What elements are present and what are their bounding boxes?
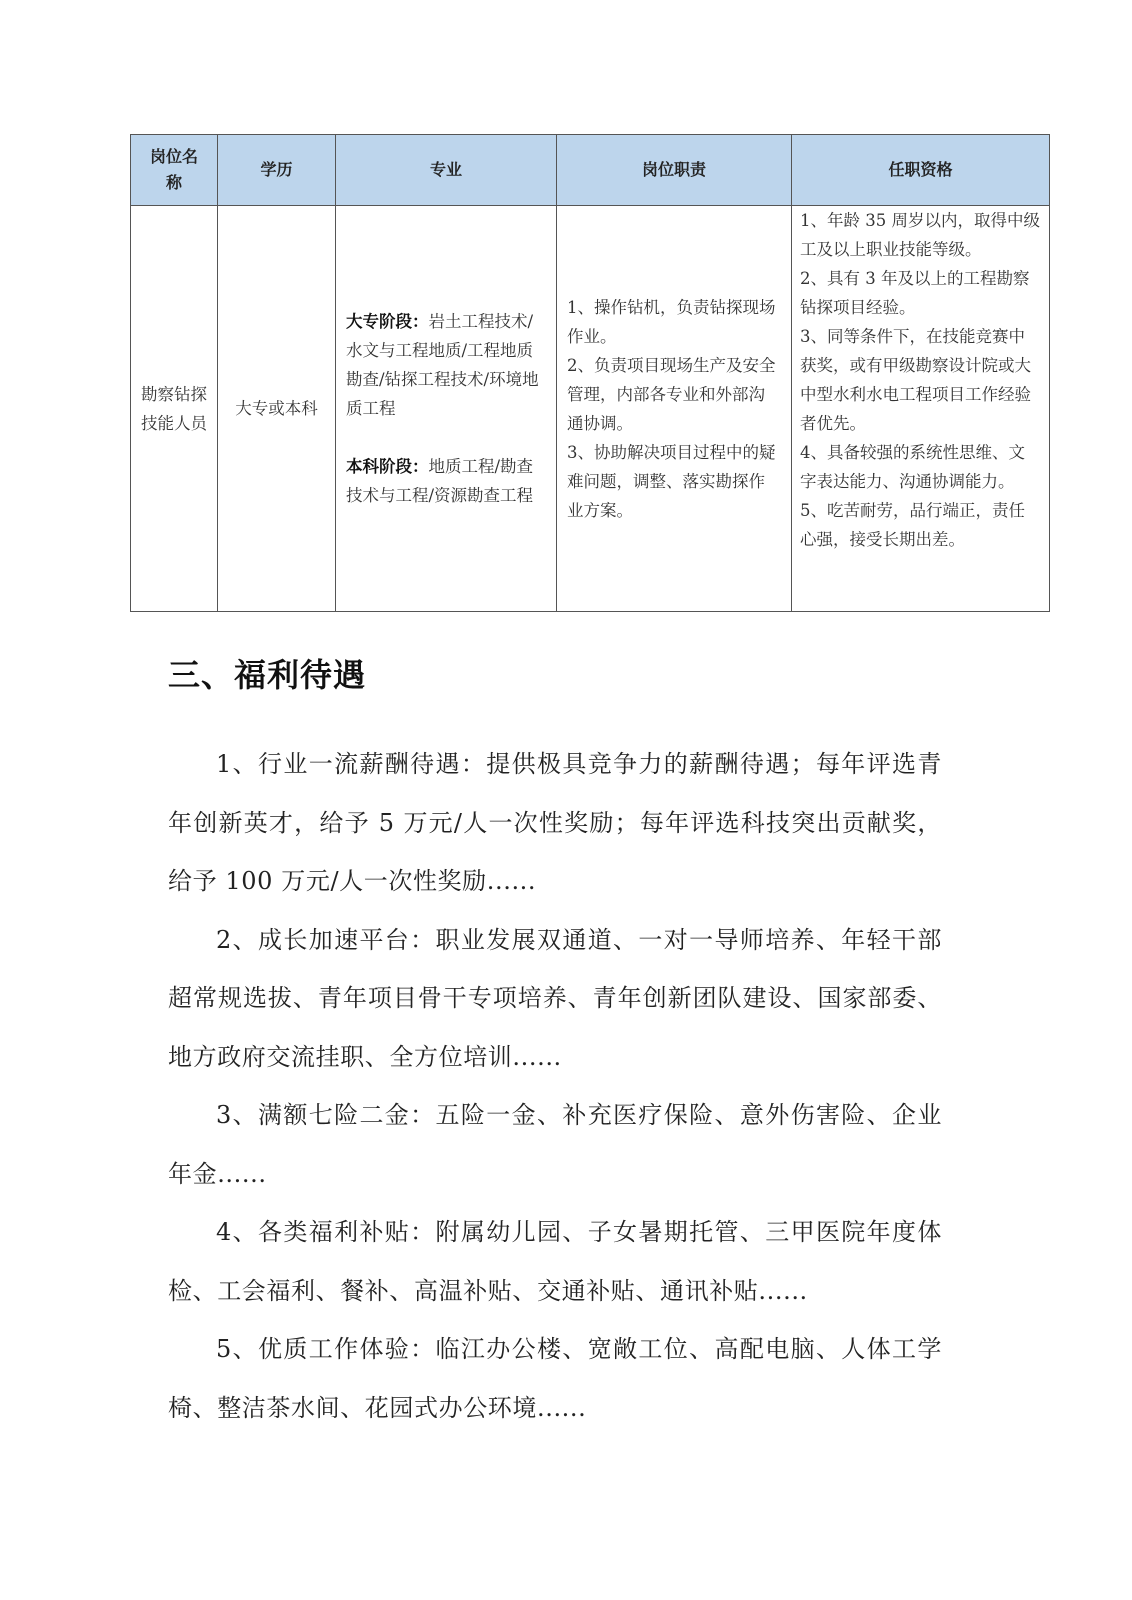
major-bachelor: 本科阶段：地质工程/勘查技术与工程/资源勘查工程 [346,452,546,510]
benefit-item: 2、成长加速平台：职业发展双通道、一对一导师培养、年轻干部超常规选拔、青年项目骨… [168,911,942,1087]
job-table: 岗位名称 学历 专业 岗位职责 任职资格 勘察钻探技能人员 大专或本科 大专阶段… [130,134,1050,612]
header-major: 专业 [336,135,557,206]
qualification-item: 5、吃苦耐劳，品行端正，责任心强，接受长期出差。 [800,496,1041,554]
major-associate-label: 大专阶段： [346,312,429,331]
cell-duties: 1、操作钻机，负责钻探现场作业。 2、负责项目现场生产及安全管理，内部各专业和外… [557,206,792,612]
cell-position: 勘察钻探技能人员 [131,206,218,612]
duty-item: 2、负责项目现场生产及安全管理，内部各专业和外部沟通协调。 [567,351,781,438]
header-qualifications: 任职资格 [792,135,1050,206]
table-row: 勘察钻探技能人员 大专或本科 大专阶段：岩土工程技术/水文与工程地质/工程地质勘… [131,206,1050,612]
major-spacer [346,423,546,452]
document-page: 岗位名称 学历 专业 岗位职责 任职资格 勘察钻探技能人员 大专或本科 大专阶段… [0,0,1132,1600]
header-education: 学历 [218,135,336,206]
qualification-item: 2、具有 3 年及以上的工程勘察钻探项目经验。 [800,264,1041,322]
benefit-item: 1、行业一流薪酬待遇：提供极具竞争力的薪酬待遇；每年评选青年创新英才，给予 5 … [168,735,942,911]
qualification-item: 1、年龄 35 周岁以内，取得中级工及以上职业技能等级。 [800,206,1041,264]
benefit-item: 4、各类福利补贴：附属幼儿园、子女暑期托管、三甲医院年度体检、工会福利、餐补、高… [168,1203,942,1320]
major-bachelor-label: 本科阶段： [346,457,429,476]
duty-item: 1、操作钻机，负责钻探现场作业。 [567,293,781,351]
major-associate: 大专阶段：岩土工程技术/水文与工程地质/工程地质勘查/钻探工程技术/环境地质工程 [346,307,546,423]
benefit-item: 3、满额七险二金：五险一金、补充医疗保险、意外伤害险、企业年金...... [168,1086,942,1203]
table-header-row: 岗位名称 学历 专业 岗位职责 任职资格 [131,135,1050,206]
cell-education: 大专或本科 [218,206,336,612]
cell-major: 大专阶段：岩土工程技术/水文与工程地质/工程地质勘查/钻探工程技术/环境地质工程… [336,206,557,612]
header-duties: 岗位职责 [557,135,792,206]
cell-qualifications: 1、年龄 35 周岁以内，取得中级工及以上职业技能等级。 2、具有 3 年及以上… [792,206,1050,612]
benefit-item: 5、优质工作体验：临江办公楼、宽敞工位、高配电脑、人体工学椅、整洁茶水间、花园式… [168,1320,942,1437]
duty-item: 3、协助解决项目过程中的疑难问题，调整、落实勘探作业方案。 [567,438,781,525]
qualification-item: 3、同等条件下，在技能竞赛中获奖，或有甲级勘察设计院或大中型水利水电工程项目工作… [800,322,1041,438]
header-position: 岗位名称 [131,135,218,206]
qualification-item: 4、具备较强的系统性思维、文字表达能力、沟通协调能力。 [800,438,1041,496]
section-title-benefits: 三、福利待遇 [168,650,366,696]
benefits-list: 1、行业一流薪酬待遇：提供极具竞争力的薪酬待遇；每年评选青年创新英才，给予 5 … [168,735,942,1437]
